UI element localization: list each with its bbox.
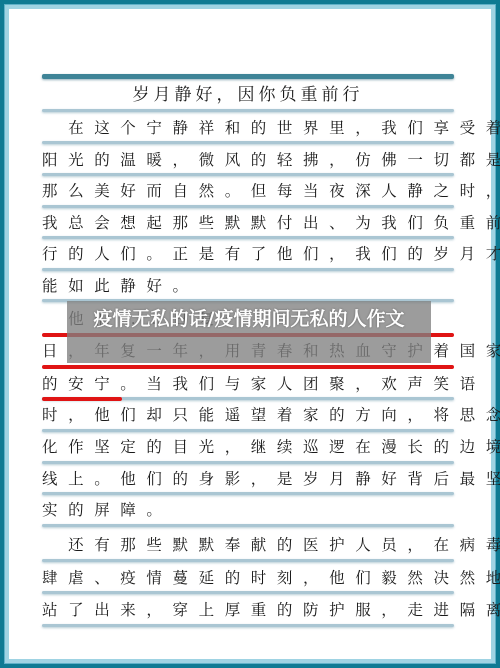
heading-top-rule (42, 74, 454, 79)
essay-line: 肆虐、疫情蔓延的时刻，他们毅然决然地 (42, 568, 454, 588)
ruled-line (42, 524, 454, 527)
essay-line: 行的人们。正是有了他们，我们的岁月才 (42, 244, 454, 264)
essay-line: 我总会想起那些默默付出、为我们负重前 (42, 213, 454, 233)
essay-line: 能如此静好。 (42, 276, 454, 296)
essay-line: 站了出来，穿上厚重的防护服，走进隔离 (42, 600, 454, 620)
red-underline (42, 365, 454, 369)
ruled-line (42, 173, 454, 176)
ruled-line (42, 591, 454, 594)
ruled-line (42, 236, 454, 239)
essay-line: 时，他们却只能遥望着家的方向，将思念 (42, 405, 454, 425)
essay-line: 阳光的温暖，微风的轻拂，仿佛一切都是 (42, 150, 454, 170)
essay-line: 还有那些默默奉献的医护人员，在病毒 (42, 535, 454, 555)
essay-line: 的安宁。当我们与家人团聚，欢声笑语 (42, 374, 454, 394)
ruled-line (42, 559, 454, 562)
ruled-line (42, 205, 454, 208)
essay-line: 线上。他们的身影，是岁月静好背后最坚 (42, 469, 454, 489)
essay-line: 那么美好而自然。但每当夜深人静之时， (42, 181, 454, 201)
essay-line: 化作坚定的目光，继续巡逻在漫长的边境 (42, 437, 454, 457)
ruled-line (42, 624, 454, 627)
ruled-line (42, 429, 454, 432)
essay-line: 实的屏障。 (42, 500, 454, 520)
essay-line: 在这个宁静祥和的世界里，我们享受着 (42, 118, 454, 138)
ruled-line (42, 492, 454, 495)
ruled-line (42, 141, 454, 144)
red-underline-short (42, 397, 122, 401)
ruled-line (42, 461, 454, 464)
heading-bottom-rule (42, 109, 454, 112)
ruled-line (42, 268, 454, 271)
overlay-title: 疫情无私的话/疫情期间无私的人作文 (67, 306, 431, 332)
essay-heading: 岁月静好，因你负重前行 (42, 84, 454, 106)
